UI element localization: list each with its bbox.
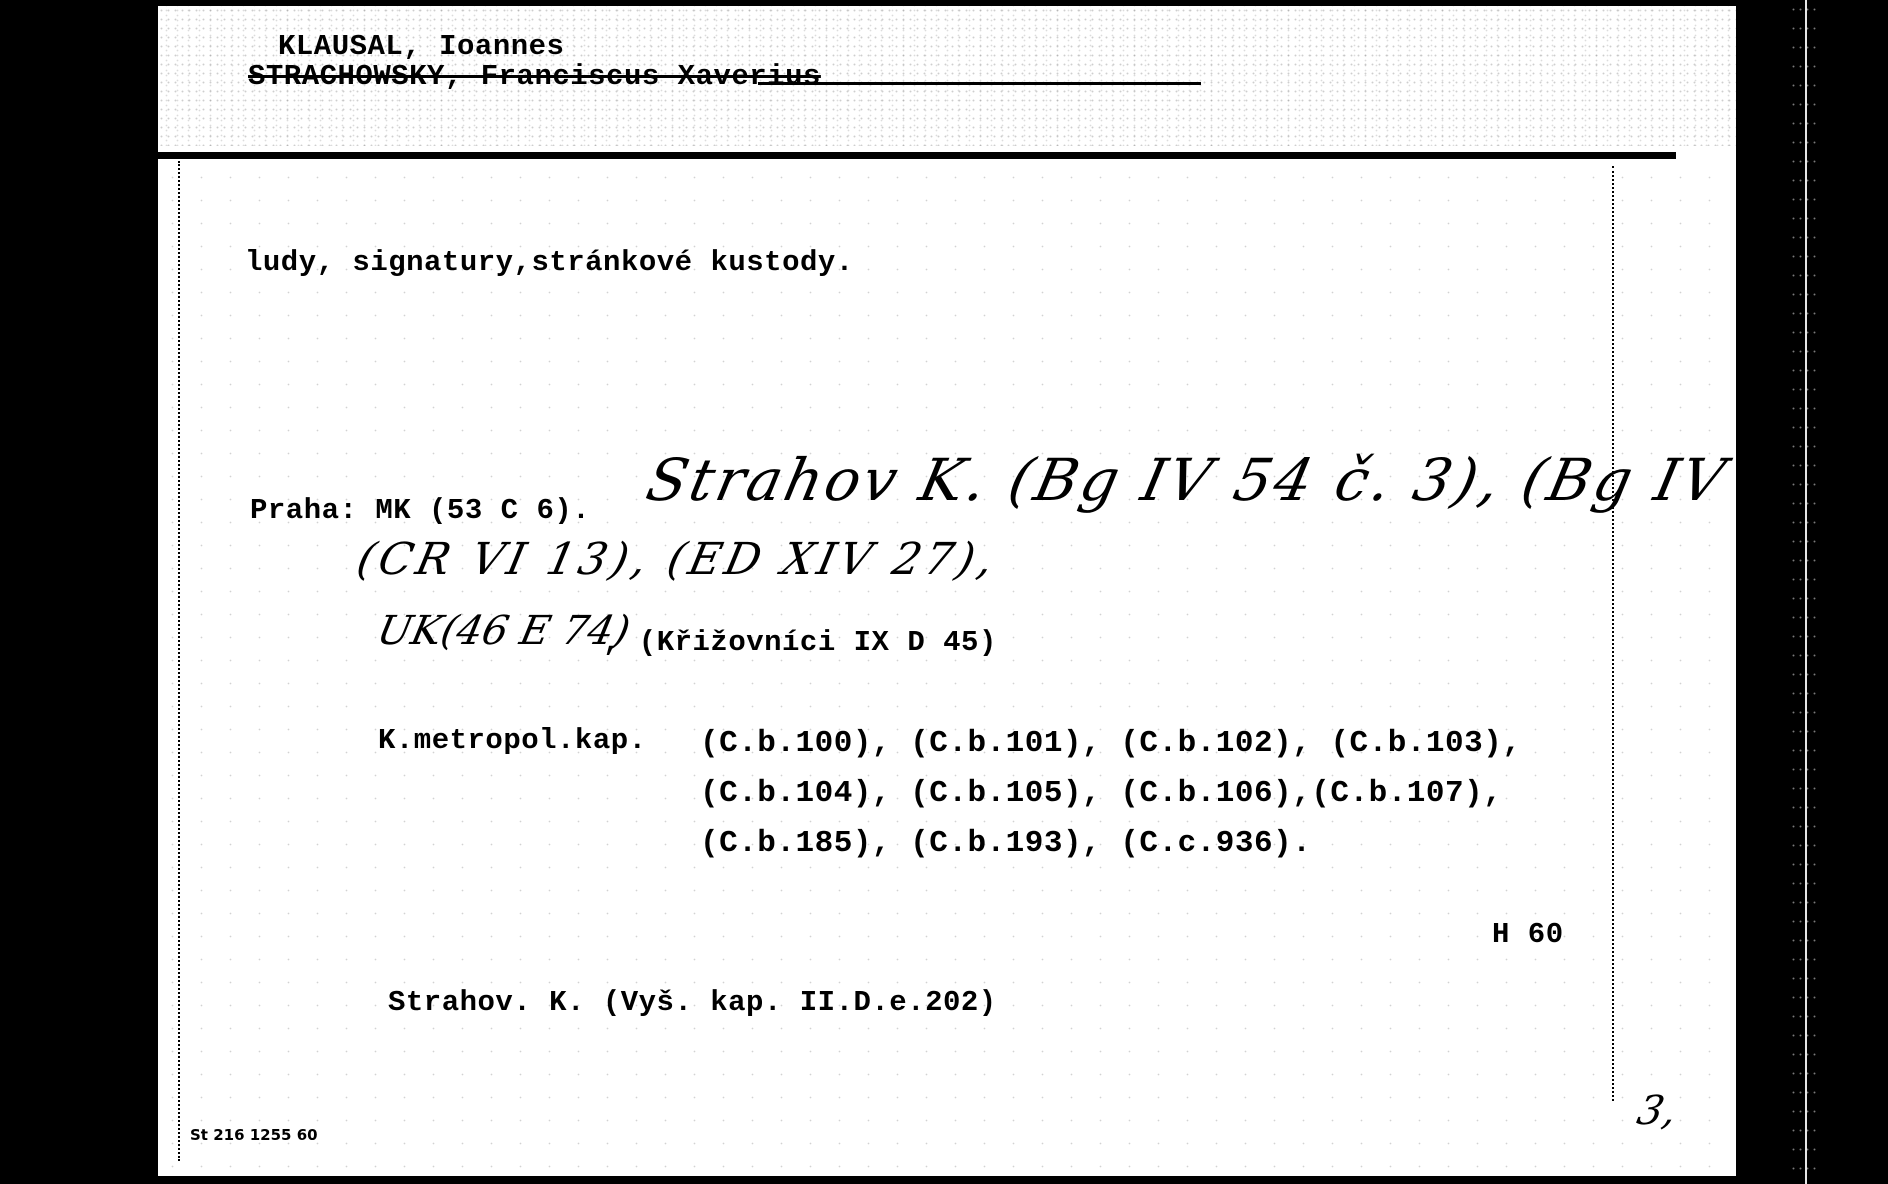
catalog-card: KLAUSAL, Ioannes STRACHOWSKY, Franciscus… <box>158 6 1736 1176</box>
krizovnici-location: , (Křižovníci IX D 45) <box>603 626 997 659</box>
scan-noise-body <box>158 166 1736 1176</box>
strikethrough-line <box>758 82 1201 85</box>
handwritten-strahov-line1: Strahov K. (Bg IV 54 č. 3), (Bg IV 92), <box>641 446 1736 514</box>
handwritten-strahov-line2: (CR VI 13), (ED XIV 27), <box>353 534 1002 585</box>
praha-location: Praha: MK (53 C 6). <box>250 494 590 527</box>
right-margin-rule <box>1612 166 1614 1101</box>
description-line: ludy, signatury,stránkové kustody. <box>245 246 854 279</box>
strahov-location: Strahov. K. (Vyš. kap. II.D.e.202) <box>388 986 997 1019</box>
author-heading: KLAUSAL, Ioannes <box>278 30 564 63</box>
scan-margin-noise <box>1790 0 1818 1184</box>
header-rule <box>158 152 1676 159</box>
shelf-code: H 60 <box>1492 918 1564 951</box>
metropol-line3: (C.b.185), (C.b.193), (C.c.936). <box>700 826 1311 861</box>
scan-margin-line <box>1805 0 1807 1184</box>
author-heading-struck: STRACHOWSKY, Franciscus Xaverius <box>248 60 821 93</box>
metropol-line1: (C.b.100), (C.b.101), (C.b.102), (C.b.10… <box>700 726 1521 761</box>
left-margin-rule <box>178 161 180 1161</box>
print-code: St 216 1255 60 <box>190 1126 318 1144</box>
handwritten-uk: UK(46 E 74) <box>373 608 634 654</box>
metropol-line2: (C.b.104), (C.b.105), (C.b.106),(C.b.107… <box>700 776 1502 811</box>
metropol-label: K.metropol.kap. <box>378 724 647 757</box>
